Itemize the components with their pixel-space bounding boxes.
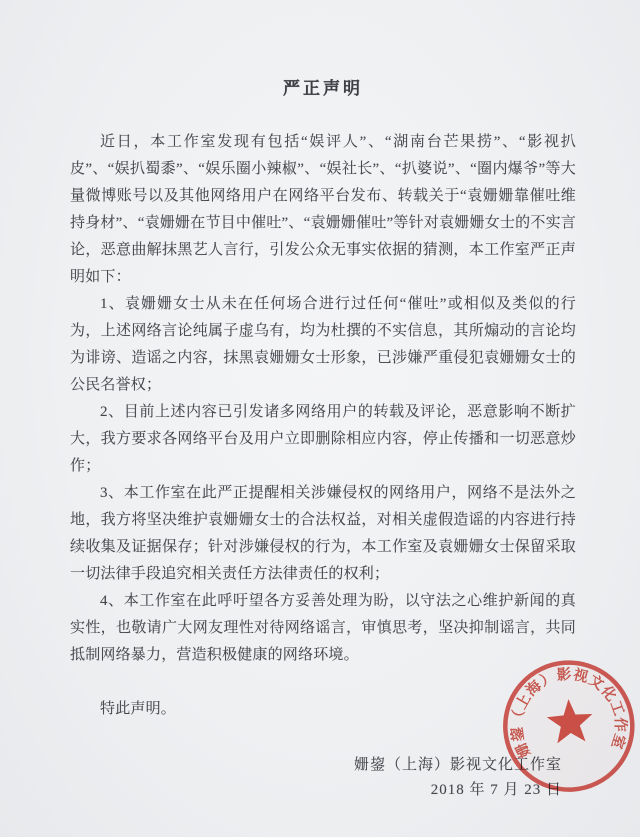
studio-signature: 姗鋆（上海）影视文化工作室 [70, 753, 562, 774]
statement-item-3: 3、本工作室在此严正提醒相关涉嫌侵权的网络用户，网络不是法外之地，我方将坚决维护… [70, 480, 576, 588]
statement-title: 严正声明 [70, 74, 576, 99]
statement-item-1: 1、袁姗姗女士从未在任何场合进行过任何“催吐”或相似及类似的行为，上述网络言论纯… [70, 291, 576, 399]
official-seal-stamp: 姗鋆（上海）影视文化工作室 [489, 648, 640, 824]
statement-item-2: 2、目前上述内容已引发诸多网络用户的转载及评论，恶意影响不断扩大，我方要求各网络… [70, 399, 576, 480]
statement-body: 近日，本工作室发现有包括“娱评人”、“湖南台芒果捞”、“影视扒皮”、“娱扒蜀黍”… [70, 129, 576, 723]
statement-date: 2018 年 7 月 23 日 [70, 778, 562, 799]
scanned-statement-page: 严正声明 近日，本工作室发现有包括“娱评人”、“湖南台芒果捞”、“影视扒皮”、“… [0, 0, 640, 837]
intro-paragraph: 近日，本工作室发现有包括“娱评人”、“湖南台芒果捞”、“影视扒皮”、“娱扒蜀黍”… [70, 129, 576, 291]
